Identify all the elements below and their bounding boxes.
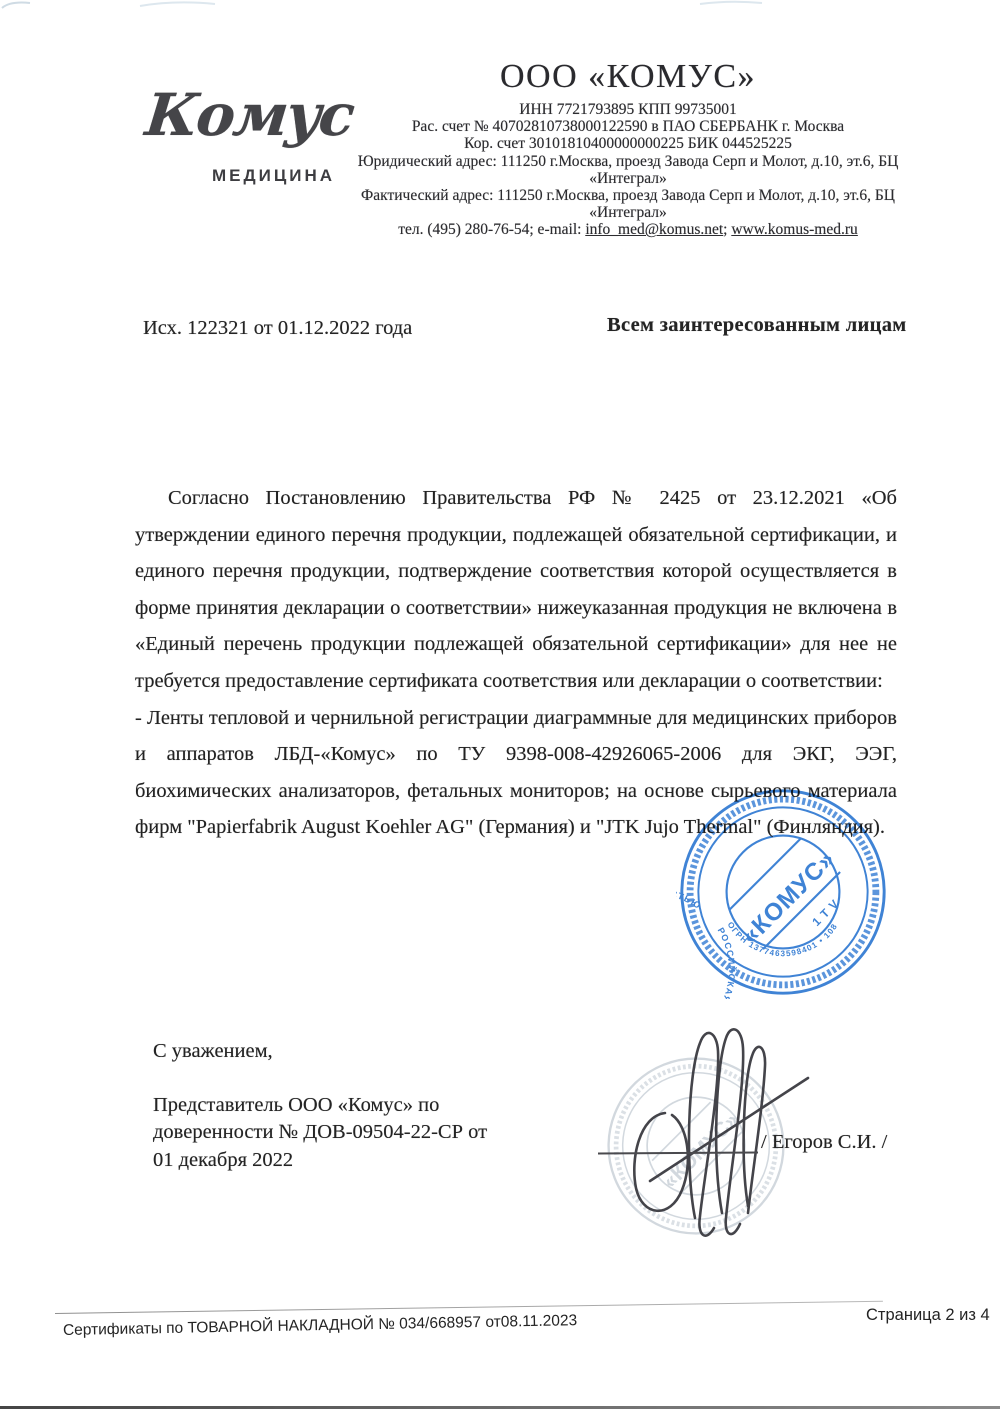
company-logo: Комус МЕДИЦИНА [146, 86, 346, 196]
addressee: Всем заинтересованным лицам [607, 314, 907, 337]
legal-address-line: Юридический адрес: 111250 г.Москва, прое… [352, 153, 904, 170]
actual-address-line: Фактический адрес: 111250 г.Москва, прое… [352, 187, 904, 204]
email-link[interactable]: info_med@komus.net [585, 221, 723, 238]
phone-label: тел. (495) 280-76-54; e-mail: [398, 221, 585, 238]
actual-address-wrap: «Интеграл» [352, 204, 904, 221]
signatory-line-3: 01 декабря 2022 [153, 1147, 487, 1174]
company-stamp: РОССИЙСКАЯ ФЕДЕРАЦИЯ • ОБЩЕСТВО С ОГРАНИ… [676, 785, 890, 999]
footer-certificates: Сертификаты по ТОВАРНОЙ НАКЛАДНОЙ № 034/… [63, 1312, 578, 1340]
contact-line: тел. (495) 280-76-54; e-mail: info_med@k… [352, 221, 904, 238]
company-name: ООО «КОМУС» [352, 58, 904, 96]
signatory-line-1: Представитель ООО «Комус» по [153, 1092, 487, 1119]
scan-artifacts [0, 0, 1000, 20]
paragraph-legal: Согласно Постановлению Правительства РФ … [135, 480, 897, 700]
settlement-account-line: Рас. счет № 40702810738000122590 в ПАО С… [352, 118, 904, 135]
scan-bottom-edge [0, 1406, 1000, 1409]
outgoing-number: Исх. 122321 от 01.12.2022 года [143, 317, 412, 340]
inn-kpp-line: ИНН 7721793895 КПП 99735001 [352, 101, 904, 118]
logo-subtitle: МЕДИЦИНА [212, 166, 335, 186]
logo-wordmark: Комус [143, 86, 349, 144]
letterhead: ООО «КОМУС» ИНН 7721793895 КПП 99735001 … [352, 58, 904, 239]
signatory-info: Представитель ООО «Комус» по доверенност… [153, 1092, 487, 1174]
closing-regards: С уважением, [153, 1040, 273, 1063]
signature-name: / Егоров С.И. / [761, 1131, 887, 1154]
legal-address-wrap: «Интеграл» [352, 170, 904, 187]
page-number: Страница 2 из 4 [866, 1306, 990, 1325]
footer-rule [55, 1301, 883, 1315]
document-page: Комус МЕДИЦИНА ООО «КОМУС» ИНН 772179389… [0, 0, 1000, 1415]
website-link[interactable]: www.komus-med.ru [731, 221, 857, 238]
corr-account-line: Кор. счет 30101810400000000225 БИК 04452… [352, 135, 904, 152]
stamp-center-subtext: 1TV [810, 894, 845, 929]
signatory-line-2: доверенности № ДОВ-09504-22-СР от [153, 1119, 487, 1146]
